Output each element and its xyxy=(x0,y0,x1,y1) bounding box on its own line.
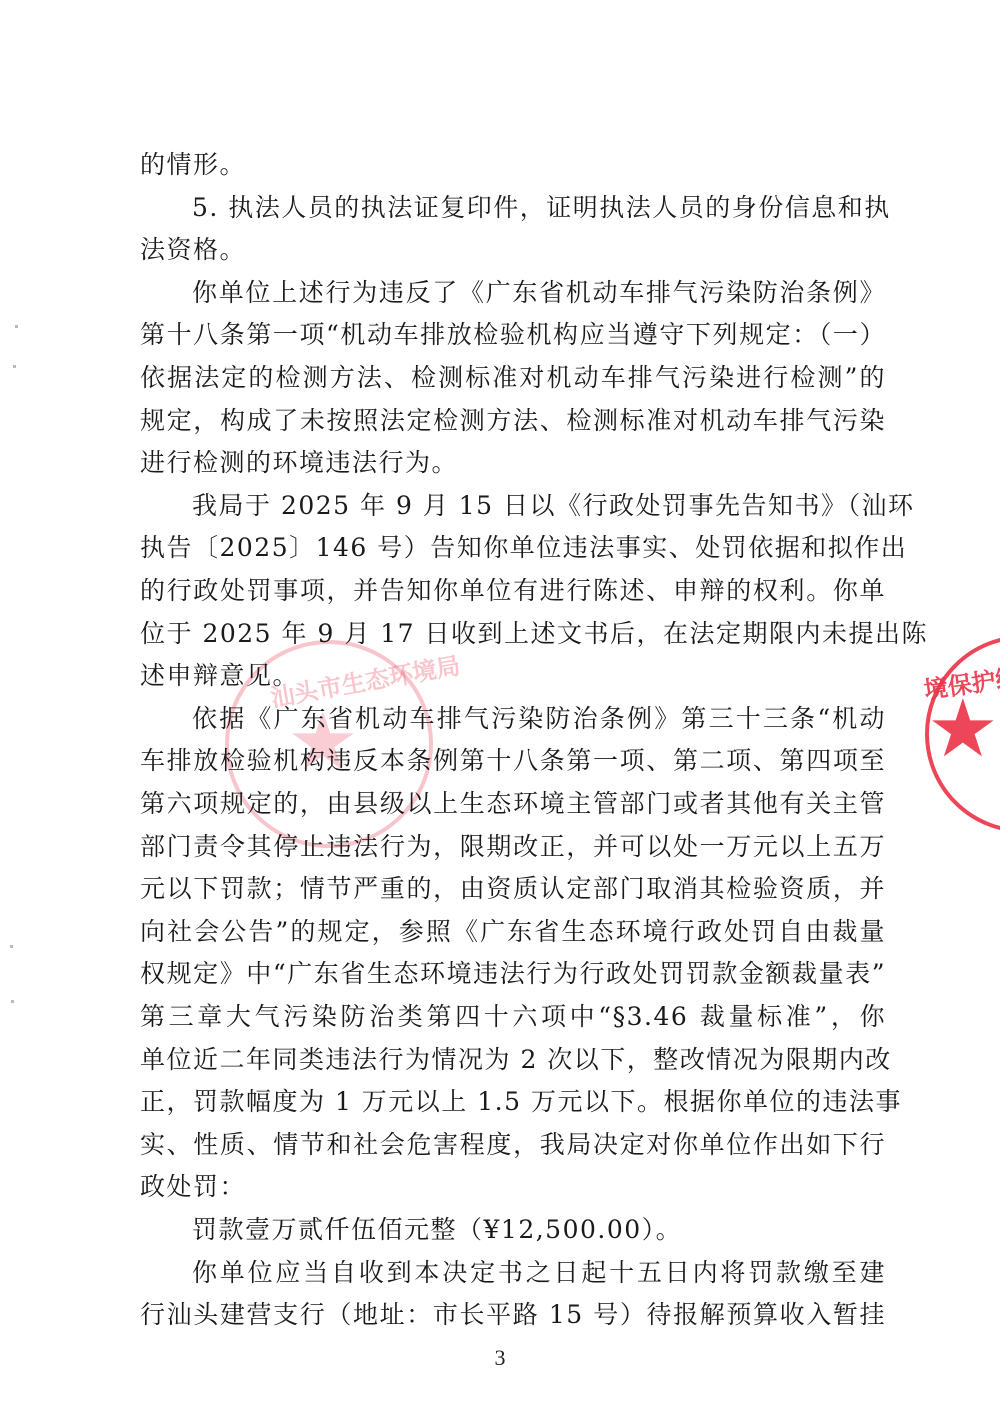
text-line: 我局于 2025 年 9 月 15 日以《行政处罚事先告知书》（汕环 xyxy=(192,491,886,521)
official-seal: 境保护综合执法 ★ xyxy=(925,635,1000,833)
text-line: 车排放检验机构违反本条例第十八条第一项、第二项、第四项至 xyxy=(140,746,886,776)
text-line: 实、性质、情节和社会危害程度，我局决定对你单位作出如下行 xyxy=(140,1130,886,1160)
text-line: 罚款壹万贰仟伍佰元整（¥12,500.00）。 xyxy=(192,1215,886,1245)
text-line: 第六项规定的，由县级以上生态环境主管部门或者其他有关主管 xyxy=(140,789,886,819)
scan-artifact xyxy=(10,945,13,948)
text-line: 述申辩意见。 xyxy=(140,661,886,691)
text-line: 进行检测的环境违法行为。 xyxy=(140,448,886,478)
text-line: 第十八条第一项“机动车排放检验机构应当遵守下列规定：（一） xyxy=(140,320,886,350)
text-line: 行汕头建营支行（地址：市长平路 15 号）待报解预算收入暂挂 xyxy=(140,1300,886,1330)
text-line: 依据《广东省机动车排气污染防治条例》第三十三条“机动 xyxy=(192,704,886,734)
page-number: 3 xyxy=(0,1345,1000,1371)
seal-text: 境保护综合执法 xyxy=(921,647,1000,705)
text-line: 法资格。 xyxy=(140,235,886,265)
scan-artifact xyxy=(15,325,18,328)
scan-artifact xyxy=(11,1000,14,1003)
text-line: 位于 2025 年 9 月 17 日收到上述文书后，在法定期限内未提出陈 xyxy=(140,619,886,649)
text-line: 你单位应当自收到本决定书之日起十五日内将罚款缴至建 xyxy=(192,1258,886,1288)
text-line: 的行政处罚事项，并告知你单位有进行陈述、申辩的权利。你单 xyxy=(140,576,886,606)
text-line: 权规定》中“广东省生态环境违法行为行政处罚罚款金额裁量表” xyxy=(140,959,886,989)
text-line: 向社会公告”的规定，参照《广东省生态环境行政处罚自由裁量 xyxy=(140,917,886,947)
text-line: 5. 执法人员的执法证复印件，证明执法人员的身份信息和执 xyxy=(192,193,886,223)
text-line: 正，罚款幅度为 1 万元以上 1.5 万元以下。根据你单位的违法事 xyxy=(140,1087,886,1117)
document-page: 汕头市生态环境局 ★ 境保护综合执法 ★ 的情形。5. 执法人员的执法证复印件，… xyxy=(0,0,1000,1414)
text-line: 单位近二年同类违法行为情况为 2 次以下，整改情况为限期内改 xyxy=(140,1045,886,1075)
text-line: 规定，构成了未按照法定检测方法、检测标准对机动车排气污染 xyxy=(140,406,886,436)
text-line: 依据法定的检测方法、检测标准对机动车排气污染进行检测”的 xyxy=(140,363,886,393)
text-line: 部门责令其停止违法行为，限期改正，并可以处一万元以上五万 xyxy=(140,832,886,862)
text-line: 元以下罚款；情节严重的，由资质认定部门取消其检验资质，并 xyxy=(140,874,886,904)
text-line: 政处罚： xyxy=(140,1172,886,1202)
text-line: 第三章大气污染防治类第四十六项中“§3.46 裁量标准”，你 xyxy=(140,1002,886,1032)
text-line: 的情形。 xyxy=(140,150,886,180)
text-line: 你单位上述行为违反了《广东省机动车排气污染防治条例》 xyxy=(192,278,886,308)
scan-artifact xyxy=(13,365,16,368)
seal-star-icon: ★ xyxy=(927,689,999,769)
text-line: 执告〔2025〕146 号）告知你单位违法事实、处罚依据和拟作出 xyxy=(140,533,886,563)
